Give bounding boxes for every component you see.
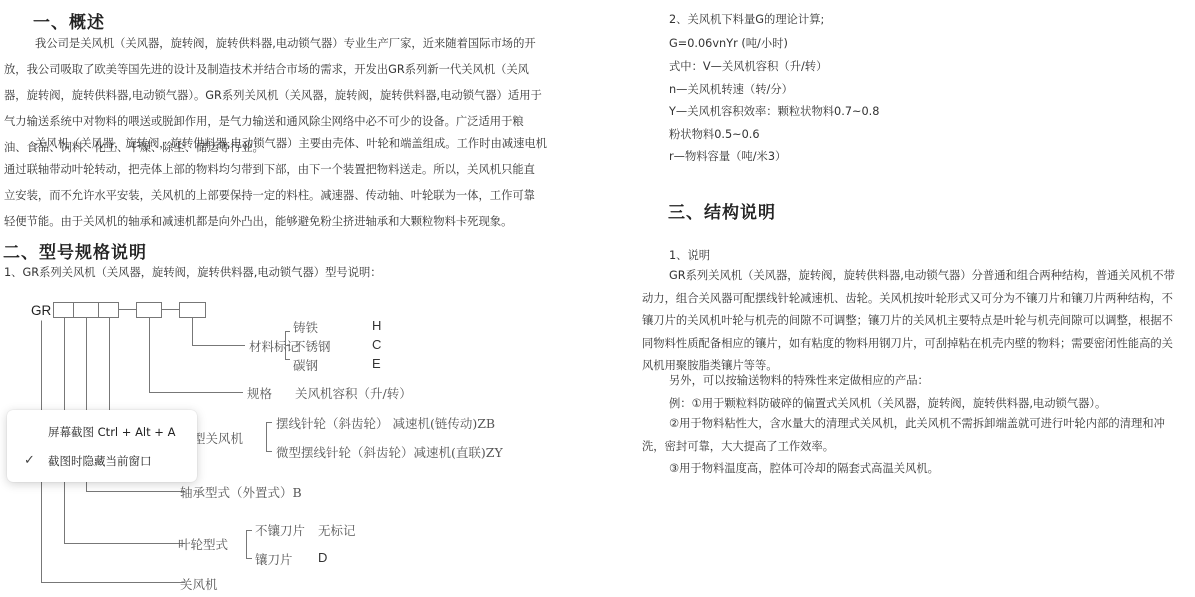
screenshot-context-menu: 屏幕截图 Ctrl + Alt + A ✓ 截图时隐藏当前窗口 xyxy=(7,410,197,482)
impeller-option-name: 镶刀片 xyxy=(255,550,293,568)
impeller-option-code: 无标记 xyxy=(318,521,356,539)
text-line: 动力，组合关风器可配摆线针轮减速机、齿轮。关风机按叶轮形式又可分为不镶刀片和镶刀… xyxy=(642,288,1192,311)
combo-option: 微型摆线针轮（斜齿轮）减速机(直联)ZY xyxy=(276,443,503,461)
text-line: 器，旋转阀，旋转供料器,电动锁气器）。GR系列关风机（关风器，旋转阀，旋转供料器… xyxy=(4,83,594,109)
text-line: 立安装，而不允许水平安装，关风机的上部要保持一定的料柱。减速器、传动轴、叶轮联为… xyxy=(4,183,594,209)
impeller-option-code: D xyxy=(318,550,327,565)
spec-label: 规格 xyxy=(247,384,272,402)
section-title-structure: 三、结构说明 xyxy=(668,198,776,223)
material-code: C xyxy=(372,337,381,352)
impeller-label: 叶轮型式 xyxy=(178,535,228,553)
text-line: 洗，密封可靠，大大提高了工作效率。 xyxy=(642,436,1192,459)
material-label: 材料标记 xyxy=(249,337,299,355)
checkmark-icon: ✓ xyxy=(24,446,35,476)
material-code: H xyxy=(372,318,381,333)
overview-paragraph-2: 关风机（关风器，旋转阀，旋转供料器,电动锁气器）主要由壳体、叶轮和端盖组成。工作… xyxy=(4,131,594,235)
text-line: 关风机（关风器，旋转阀，旋转供料器,电动锁气器）主要由壳体、叶轮和端盖组成。工作… xyxy=(4,131,594,157)
section-title-overview: 一、概述 xyxy=(33,8,105,33)
text-line: 我公司是关风机（关风器，旋转阀，旋转供料器,电动锁气器）专业生产厂家，近来随着国… xyxy=(4,31,594,57)
impeller-option-name: 不镶刀片 xyxy=(255,521,305,539)
menu-item-screenshot[interactable]: 屏幕截图 Ctrl + Alt + A xyxy=(7,417,197,447)
menu-item-label: 截图时隐藏当前窗口 xyxy=(48,446,152,476)
text-line: 放，我公司吸取了欧美等国先进的设计及制造技术并结合市场的需求，开发出GR系列新一… xyxy=(4,57,594,83)
example-2: ②用于物料粘性大，含水量大的清理式关风机，此关风机不需拆卸端盖就可进行叶轮内部的… xyxy=(642,413,1192,458)
calc-title: 2、关风机下料量G的理论计算; xyxy=(669,7,824,33)
base-label: 关风机 xyxy=(180,575,218,593)
structure-paragraph: GR系列关风机（关风器，旋转阀，旋转供料器,电动锁气器）分普通和组合两种结构，普… xyxy=(642,265,1192,378)
text-line: GR系列关风机（关风器，旋转阀，旋转供料器,电动锁气器）分普通和组合两种结构，普… xyxy=(642,265,1192,288)
model-spec-subtitle: 1、GR系列关风机（关风器，旋转阀，旋转供料器,电动锁气器）型号说明： xyxy=(4,260,382,286)
example-3: ③用于物料温度高，腔体可冷却的隔套式高温关风机。 xyxy=(669,456,939,482)
menu-item-hide-window[interactable]: ✓ 截图时隐藏当前窗口 xyxy=(7,446,197,476)
combo-option: 摆线针轮（斜齿轮） 减速机(链传动)ZB xyxy=(276,414,495,432)
bearing-label: 轴承型式（外置式）B xyxy=(180,483,302,501)
text-line: 同物料性质配备相应的镶片，如有粘度的物料用钢刀片，可刮掉粘在机壳内壁的物料；需要… xyxy=(642,333,1192,356)
material-name: 碳钢 xyxy=(293,356,318,374)
material-name: 不锈钢 xyxy=(293,337,331,355)
text-line: ②用于物料粘性大，含水量大的清理式关风机，此关风机不需拆卸端盖就可进行叶轮内部的… xyxy=(642,413,1192,436)
material-code: E xyxy=(372,356,381,371)
text-line: 通过联轴带动叶轮转动，把壳体上部的物料均匀带到下部，由下一个装置把物料送走。所以… xyxy=(4,157,594,183)
model-prefix: GR xyxy=(31,303,51,318)
material-name: 铸铁 xyxy=(293,318,318,336)
text-line: 镶刀片的关风机叶轮与机壳的间隙不可调整；镶刀片的关风机主要特点是叶轮与机壳间隙可… xyxy=(642,310,1192,333)
calc-line: r—物料容量（吨/米3） xyxy=(669,144,786,170)
text-line: 轻便节能。由于关风机的轴承和减速机都是向外凸出，能够避免粉尘挤进轴承和大颗粒物料… xyxy=(4,209,594,235)
menu-item-label: 屏幕截图 Ctrl + Alt + A xyxy=(48,417,175,447)
spec-description: 关风机容积（升/转） xyxy=(295,384,412,402)
